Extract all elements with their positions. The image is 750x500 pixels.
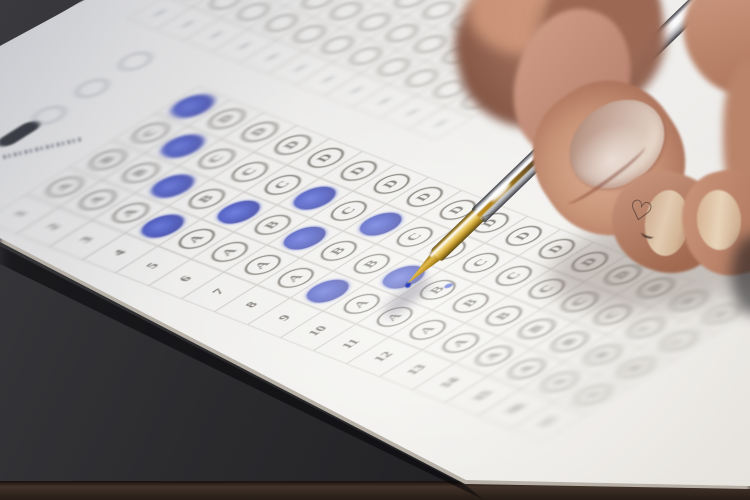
photo-scene: 1ABCD2ABCD3ABCD4ABCD5ABCD6ABCD7ABCD8ABCD… [0,0,750,500]
